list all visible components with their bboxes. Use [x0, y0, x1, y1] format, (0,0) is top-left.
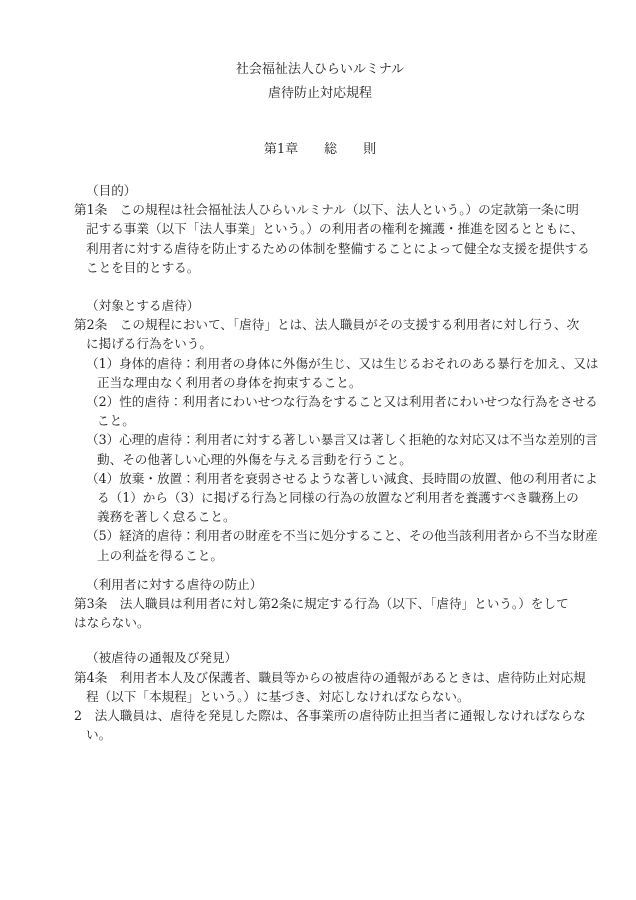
- text-line: 記する事業（以下「法人事業」という。）の利用者の権利を擁護・推進を図るとともに、: [86, 219, 566, 238]
- org-name: 社会福祉法人ひらいルミナル: [74, 58, 566, 82]
- document-header: 社会福祉法人ひらいルミナル 虐待防止対応規程: [74, 58, 566, 106]
- text-line: 正当な理由なく利用者の身体を拘束すること。: [97, 373, 566, 392]
- article-2-covered-abuse: （対象とする虐待） 第2条 この規程において、「虐待」とは、法人職員がその支援す…: [74, 296, 566, 565]
- text-line: （5）経済的虐待：利用者の財産を不当に処分すること、その他当該利用者から不当な財…: [86, 526, 566, 545]
- text-line: 第1条 この規程は社会福祉法人ひらいルミナル（以下、法人という。）の定款第一条に…: [74, 200, 566, 219]
- document-title: 虐待防止対応規程: [74, 82, 566, 106]
- text-line: （1）身体的虐待：利用者の身体に外傷が生じ、又は生じるおそれのある暴行を加え、又…: [86, 354, 566, 373]
- text-line: ことを目的とする。: [86, 258, 566, 277]
- text-line: 第4条 利用者本人及び保護者、職員等からの被虐待の通報があるときは、虐待防止対応…: [74, 668, 566, 687]
- text-line: はならない。: [74, 613, 566, 632]
- section-heading: （目的）: [86, 181, 566, 200]
- text-line: こと。: [97, 411, 566, 430]
- text-line: （2）性的虐待：利用者にわいせつな行為をすること又は利用者にわいせつな行為をさせ…: [86, 392, 566, 411]
- text-line: 義務を著しく怠ること。: [97, 507, 566, 526]
- section-heading: （対象とする虐待）: [86, 296, 566, 315]
- section-heading: （被虐待の通報及び発見）: [86, 648, 566, 667]
- text-line: （3）心理的虐待：利用者に対する著しい暴言又は著しく拒絶的な対応又は不当な差別的…: [86, 430, 566, 449]
- text-line: い。: [86, 725, 566, 744]
- text-line: 第2条 この規程において、「虐待」とは、法人職員がその支援する利用者に対し行う、…: [74, 315, 566, 334]
- article-3-prohibition: （利用者に対する虐待の防止） 第3条 法人職員は利用者に対し第2条に規定する行為…: [74, 575, 566, 633]
- text-line: 程（以下「本規程」という。）に基づき、対応しなければならない。: [86, 687, 566, 706]
- chapter-heading: 第1章 総 則: [74, 138, 566, 162]
- article-4-reporting: （被虐待の通報及び発見） 第4条 利用者本人及び保護者、職員等からの被虐待の通報…: [74, 648, 566, 744]
- text-line: 第3条 法人職員は利用者に対し第2条に規定する行為（以下、「虐待」という。）をし…: [74, 594, 566, 613]
- text-line: 動、その他著しい心理的外傷を与える言動を行うこと。: [97, 450, 566, 469]
- article-1-purpose: （目的） 第1条 この規程は社会福祉法人ひらいルミナル（以下、法人という。）の定…: [74, 181, 566, 277]
- text-line: る（1）から（3）に掲げる行為と同様の行為の放置など利用者を養護すべき職務上の: [97, 488, 566, 507]
- text-line: 2 法人職員は、虐待を発見した際は、各事業所の虐待防止担当者に通報しなければなら…: [74, 706, 566, 725]
- document-page: 社会福祉法人ひらいルミナル 虐待防止対応規程 第1章 総 則 （目的） 第1条 …: [0, 0, 636, 900]
- text-line: に掲げる行為をいう。: [86, 334, 566, 353]
- section-heading: （利用者に対する虐待の防止）: [86, 575, 566, 594]
- text-line: 利用者に対する虐待を防止するための体制を整備することによって健全な支援を提供する: [86, 239, 566, 258]
- text-line: 上の利益を得ること。: [97, 546, 566, 565]
- document-body: （目的） 第1条 この規程は社会福祉法人ひらいルミナル（以下、法人という。）の定…: [74, 181, 566, 744]
- text-line: （4）放棄・放置：利用者を衰弱させるような著しい減食、長時間の放置、他の利用者に…: [86, 469, 566, 488]
